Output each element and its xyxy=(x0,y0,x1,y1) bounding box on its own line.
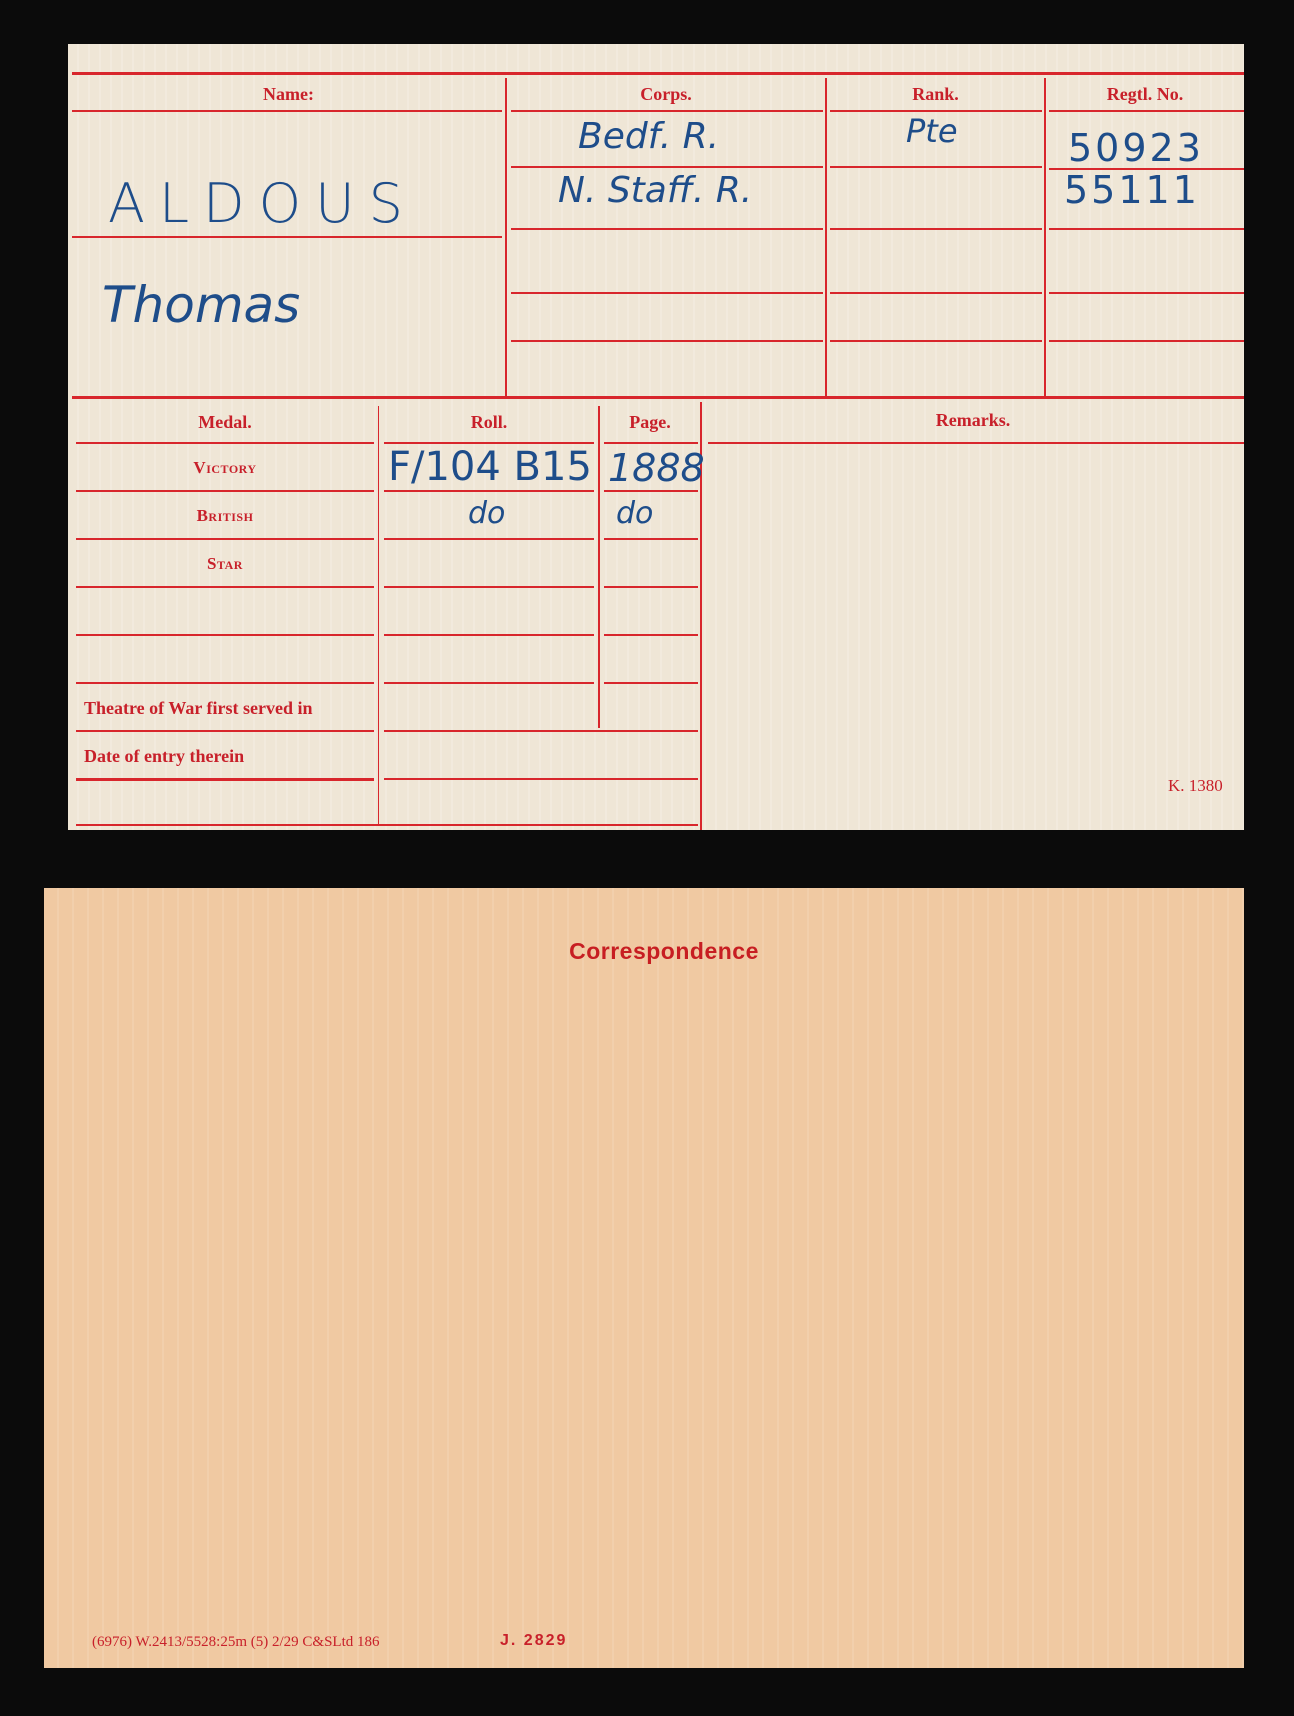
header-name: Name: xyxy=(72,84,505,105)
header-remarks: Remarks. xyxy=(702,410,1244,431)
rule xyxy=(511,228,823,230)
rule xyxy=(830,166,1042,168)
divider-corps-rank xyxy=(825,78,827,396)
header-corps: Corps. xyxy=(507,84,825,105)
rule xyxy=(384,778,698,780)
rule xyxy=(384,586,594,588)
rule xyxy=(511,292,823,294)
rule xyxy=(1049,340,1244,342)
corps-entry-2: N. Staff. R. xyxy=(558,170,752,211)
medal-victory: Victory xyxy=(72,458,378,478)
corps-entry-1: Bedf. R. xyxy=(578,116,719,157)
forename-entry: Thomas xyxy=(102,276,300,334)
divider-roll-page xyxy=(598,406,600,728)
rule xyxy=(604,442,698,444)
medal-index-card-front: Name: Corps. Rank. Regtl. No. ALDOUS Tho… xyxy=(68,44,1244,830)
rule xyxy=(76,730,374,732)
header-regtl-no: Regtl. No. xyxy=(1046,84,1244,105)
rule xyxy=(604,634,698,636)
rule xyxy=(511,340,823,342)
header-roll: Roll. xyxy=(380,412,598,433)
form-number: J. 2829 xyxy=(500,1632,567,1650)
rule xyxy=(511,110,823,112)
divider-rank-regtl xyxy=(1044,78,1046,396)
correspondence-title: Correspondence xyxy=(44,938,1244,965)
rule xyxy=(1049,228,1244,230)
rule xyxy=(384,730,698,732)
rule xyxy=(384,682,594,684)
roll-british: do xyxy=(468,496,505,531)
rule xyxy=(76,442,374,444)
rule xyxy=(76,586,374,588)
printer-imprint: (6976) W.2413/5528:25m (5) 2/29 C&SLtd 1… xyxy=(92,1634,380,1651)
header-medal: Medal. xyxy=(72,412,378,433)
rule xyxy=(1049,110,1244,112)
rule xyxy=(708,442,1244,444)
rule xyxy=(76,778,374,781)
rule xyxy=(511,166,823,168)
rule xyxy=(1049,292,1244,294)
rank-entry: Pte xyxy=(906,112,958,150)
medal-section-rule xyxy=(72,396,1244,399)
header-page: Page. xyxy=(600,412,700,433)
rule xyxy=(830,340,1042,342)
surname-entry: ALDOUS xyxy=(108,172,417,235)
date-of-entry-label: Date of entry therein xyxy=(84,746,244,767)
medal-star: Star xyxy=(72,554,378,574)
regtl-no-entry-1: 50923 xyxy=(1068,126,1204,170)
rule xyxy=(604,538,698,540)
header-rank: Rank. xyxy=(827,84,1044,105)
regtl-no-entry-2: 55111 xyxy=(1064,168,1200,212)
page-british: do xyxy=(616,496,653,531)
divider-medal-roll xyxy=(378,406,379,824)
rule xyxy=(72,110,502,112)
rule xyxy=(604,682,698,684)
rule xyxy=(76,682,374,684)
roll-victory: F/104 B15 xyxy=(388,444,592,490)
form-code: K. 1380 xyxy=(1168,776,1223,796)
rule xyxy=(830,292,1042,294)
page-victory: 1888 xyxy=(608,446,705,490)
rule xyxy=(76,490,374,492)
rule xyxy=(830,228,1042,230)
rule xyxy=(76,634,374,636)
medal-british: British xyxy=(72,506,378,526)
rule xyxy=(76,538,374,540)
theatre-of-war-label: Theatre of War first served in xyxy=(84,698,312,719)
rule xyxy=(604,586,698,588)
divider-name-corps xyxy=(505,78,507,396)
top-rule xyxy=(72,72,1244,75)
rule xyxy=(604,490,698,492)
rule xyxy=(384,634,594,636)
medal-index-card-back: Correspondence (6976) W.2413/5528:25m (5… xyxy=(44,888,1244,1668)
rule xyxy=(384,538,594,540)
rule xyxy=(384,490,594,492)
rule xyxy=(76,824,698,826)
rule xyxy=(72,236,502,238)
